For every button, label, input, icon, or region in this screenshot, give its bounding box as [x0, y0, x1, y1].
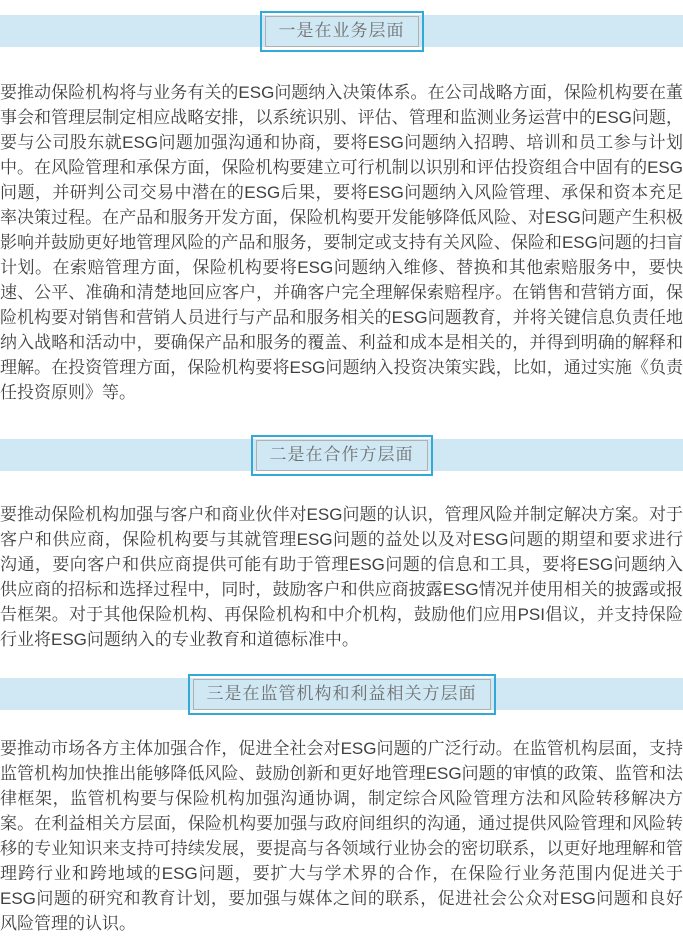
section-2-heading: 二是在合作方层面	[256, 440, 428, 471]
section-3-body: 要推动市场各方主体加强合作，促进全社会对ESG问题的广泛行动。在监管机构层面，支…	[0, 736, 683, 936]
section-3-heading-box: 三是在监管机构和利益相关方层面	[188, 674, 496, 715]
article-page: 一是在业务层面 要推动保险机构将与业务有关的ESG问题纳入决策体系。在公司战略方…	[0, 0, 683, 936]
section-1-heading-box: 一是在业务层面	[260, 11, 424, 52]
section-2-body: 要推动保险机构加强与客户和商业伙伴对ESG问题的认识，管理风险并制定解决方案。对…	[0, 502, 683, 652]
section-2-banner: 二是在合作方层面	[0, 432, 683, 478]
section-1-banner: 一是在业务层面	[0, 8, 683, 54]
section-3-banner: 三是在监管机构和利益相关方层面	[0, 671, 683, 717]
section-2-heading-box: 二是在合作方层面	[251, 435, 433, 476]
section-1-body: 要推动保险机构将与业务有关的ESG问题纳入决策体系。在公司战略方面，保险机构要在…	[0, 80, 683, 405]
section-1-heading: 一是在业务层面	[265, 16, 419, 47]
section-3-heading: 三是在监管机构和利益相关方层面	[193, 679, 491, 710]
